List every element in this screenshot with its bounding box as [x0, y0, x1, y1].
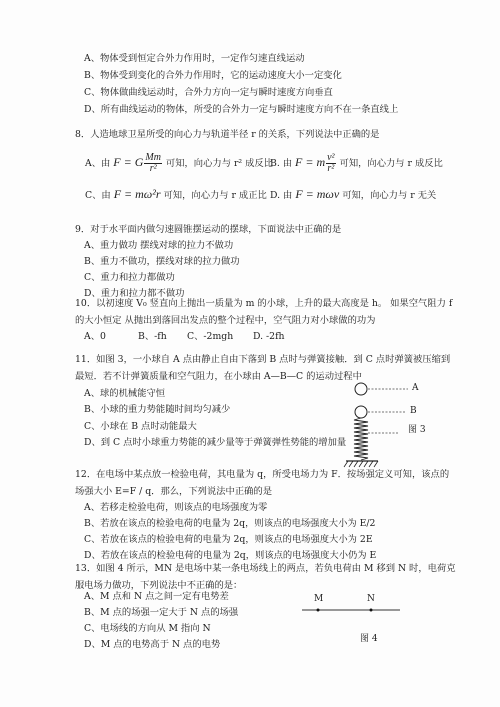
figure-4-label-m: M	[314, 594, 323, 604]
q8-a-fraction: Mmr²	[144, 153, 162, 174]
q13-option-b: B、M 点的场强一定大于 N 点的场强	[84, 607, 238, 619]
q7-option-b: B、物体受到变化的合外力作用时，它的运动速度大小一定变化	[84, 70, 342, 82]
q11-option-c: C、小球在 B 点时动能最大	[84, 421, 197, 433]
q10-option-d: D. -2fh	[253, 331, 285, 343]
q8-c-prefix: C、由	[85, 190, 111, 201]
figure-3-caption: 图 3	[408, 422, 426, 435]
q11-stem-line2: 最短．若不计弹簧质量和空气阻力，在小球由 A—B—C 的运动过程中	[75, 371, 362, 383]
q9-option-c: C、重力和拉力都做功	[84, 272, 175, 284]
q8-b-formula: F = m	[295, 155, 325, 169]
q12-stem-line2: 场强大小 E=F / q．那么，下列说法中正确的是	[75, 486, 272, 498]
q8-option-a: A、由 F = GMmr² 可知，向心力与 r² 成反比	[85, 153, 273, 174]
q7-option-a: A、物体受到恒定合外力作用时，一定作匀速直线运动	[84, 53, 305, 65]
q10-stem-line1: 10．以初速度 V₀ 竖直向上抛出一质量为 m 的小球，上升的最大高度是 h。 …	[75, 298, 452, 310]
q10-option-c: C、-2mgh	[187, 331, 233, 343]
q7-option-c: C、物体做曲线运动时，合外力方向一定与瞬时速度方向垂直	[84, 87, 333, 99]
q8-a-prefix: A、由	[85, 158, 110, 169]
q11-option-d: D、到 C 点时小球重力势能的减少量等于弹簧弹性势能的增加量	[84, 437, 346, 449]
q13-option-a: A、M 点和 N 点之间一定有电势差	[84, 591, 229, 603]
figure-4-label-n: N	[367, 594, 375, 604]
q8-b-prefix: B. 由	[270, 158, 292, 169]
q8-d-formula: F = mωv	[295, 187, 339, 201]
q11-option-a: A、球的机械能守恒	[84, 388, 165, 400]
q8-c-suffix: 可知，向心力与 r 成正比	[164, 190, 267, 201]
q8-d-suffix: 可知，向心力与 r 无关	[342, 190, 436, 201]
spring-diagram-icon	[340, 380, 470, 480]
q12-option-a: A、若移走检验电荷，则该点的电场强度为零	[84, 502, 267, 514]
q8-option-b: B. 由 F = mv²r² 可知，向心力与 r 成反比	[270, 153, 443, 174]
q8-option-d: D. 由 F = mωv 可知，向心力与 r 无关	[270, 188, 436, 202]
q8-c-formula: F = mω²r	[114, 187, 161, 201]
q8-stem: 8．人造地球卫星所受的向心力与轨道半径 r 的关系，下列说法中正确的是	[75, 129, 379, 141]
q8-a-suffix: 可知，向心力与 r² 成反比	[166, 158, 273, 169]
figure-4-caption: 图 4	[360, 631, 378, 644]
q9-option-a: A、重力做功 摆线对球的拉力不做功	[84, 240, 233, 252]
figure-3-label-b: B	[410, 406, 417, 416]
q8-a-formula: F = G	[113, 155, 143, 169]
q10-option-b: B、-fh	[138, 331, 167, 343]
q10-stem-line2: 的大小恒定 从抛出到落回出发点的整个过程中，空气阻力对小球做的功为	[75, 315, 375, 327]
q12-option-b: B、若放在该点的检验电荷的电量为 2q，则该点的电场强度大小为 E/2	[84, 518, 375, 530]
q11-option-b: B、小球的重力势能随时间均匀减少	[84, 404, 230, 416]
q12-stem-line1: 12．在电场中某点放一检验电荷，其电量为 q，所受电场力为 F．按场强定义可知，…	[75, 469, 449, 481]
q13-option-d: D、M 点的电势高于 N 点的电势	[84, 639, 220, 651]
q8-d-prefix: D. 由	[270, 190, 292, 201]
q13-option-c: C、电场线的方向从 M 指向 N	[84, 623, 211, 635]
q13-stem-line1: 13．如图 4 所示，MN 是电场中某一条电场线上的两点，若负电荷由 M 移到 …	[75, 563, 456, 575]
q8-b-fraction: v²r²	[326, 153, 335, 174]
figure-3-label-a: A	[412, 383, 419, 393]
q8-option-c: C、由 F = mω²r 可知，向心力与 r 成正比	[85, 188, 267, 202]
figure-3-spring: A B 图 3	[340, 380, 470, 480]
q12-option-d: D、若放在该点的检验电荷的电量为 2q，则该点的电场强度大小仍为 E	[84, 550, 376, 562]
q10-option-a: A、0	[84, 331, 106, 343]
q11-stem-line1: 11．如图 3，一小球自 A 点由静止自由下落到 B 点时与弹簧接触．到 C 点…	[75, 354, 450, 366]
q8-b-suffix: 可知，向心力与 r 成反比	[340, 158, 443, 169]
figure-4-field-line: M N 图 4	[300, 593, 420, 643]
q7-option-d: D、所有曲线运动的物体，所受的合外力一定与瞬时速度方向不在一条直线上	[84, 104, 398, 116]
q9-stem: 9．对于水平面内做匀速圆锥摆运动的摆球，下面说法中正确的是	[75, 224, 341, 236]
q9-option-b: B、重力不做功，摆线对球的拉力做功	[84, 256, 240, 268]
q12-option-c: C、若放在该点的检验电荷的电量为 2q，则该点的电场强度大小为 2E	[84, 534, 373, 546]
